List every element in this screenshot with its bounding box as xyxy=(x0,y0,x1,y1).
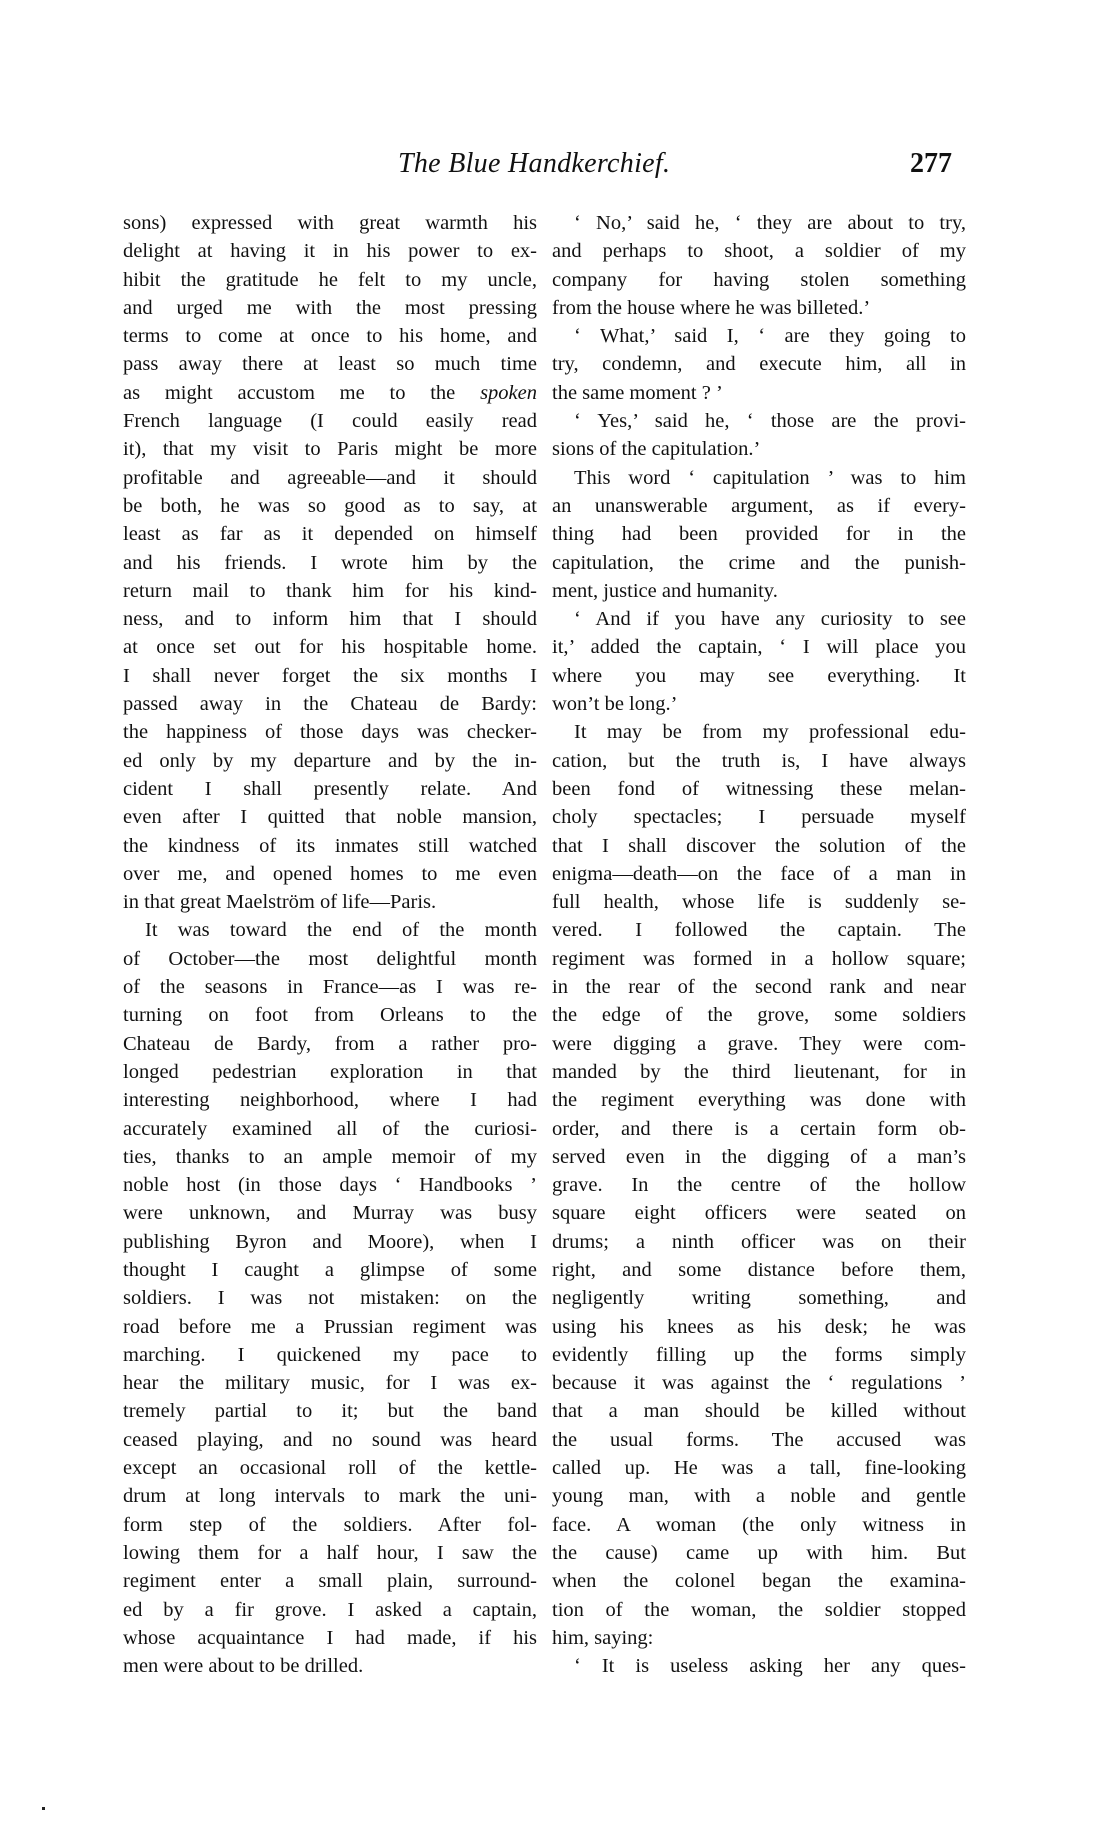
text-line: manded by the third lieutenant, for in xyxy=(552,1058,966,1086)
text-line: ment, justice and humanity. xyxy=(552,577,966,605)
text-line: profitable and agreeable—and it should xyxy=(123,464,537,492)
text-line: the same moment ? ’ xyxy=(552,379,966,407)
text-line: cident I shall presently relate. And xyxy=(123,775,537,803)
text-line: ‘ It is useless asking her any ques- xyxy=(552,1652,966,1680)
text-line: when the colonel began the examina- xyxy=(552,1567,966,1595)
text-line: marching. I quickened my pace to xyxy=(123,1341,537,1369)
running-title: The Blue Handkerchief. xyxy=(398,148,670,180)
text-line: lowing them for a half hour, I saw the xyxy=(123,1539,537,1567)
text-line: served even in the digging of a man’s xyxy=(552,1143,966,1171)
text-line: order, and there is a certain form ob- xyxy=(552,1115,966,1143)
text-line: were unknown, and Murray was busy xyxy=(123,1199,537,1227)
text-line: vered. I followed the captain. The xyxy=(552,916,966,944)
text-line: won’t be long.’ xyxy=(552,690,966,718)
text-line: sions of the capitulation.’ xyxy=(552,435,966,463)
text-line: using his knees as his desk; he was xyxy=(552,1313,966,1341)
text-line: pass away there at least so much time xyxy=(123,350,537,378)
text-line: of October—the most delightful month xyxy=(123,945,537,973)
text-line: in the rear of the second rank and near xyxy=(552,973,966,1001)
text-line: ‘ And if you have any curiosity to see xyxy=(552,605,966,633)
text-line: least as far as it depended on himself xyxy=(123,520,537,548)
text-line: young man, with a noble and gentle xyxy=(552,1482,966,1510)
text-line: tremely partial to it; but the band xyxy=(123,1397,537,1425)
text-line: evidently filling up the forms simply xyxy=(552,1341,966,1369)
text-line: noble host (in those days ‘ Handbooks ’ xyxy=(123,1171,537,1199)
text-line: cation, but the truth is, I have always xyxy=(552,747,966,775)
text-line: been fond of witnessing these melan- xyxy=(552,775,966,803)
text-line: as might accustom me to the spoken xyxy=(123,379,537,407)
text-line: longed pedestrian exploration in that xyxy=(123,1058,537,1086)
text-line: thought I caught a glimpse of some xyxy=(123,1256,537,1284)
text-line: drums; a ninth officer was on their xyxy=(552,1228,966,1256)
text-line: enigma—death—on the face of a man in xyxy=(552,860,966,888)
text-line: regiment enter a small plain, surround- xyxy=(123,1567,537,1595)
running-head: The Blue Handkerchief. 277 xyxy=(0,148,1120,182)
text-line: at once set out for his hospitable home. xyxy=(123,633,537,661)
text-line: passed away in the Chateau de Bardy: xyxy=(123,690,537,718)
text-line: thing had been provided for in the xyxy=(552,520,966,548)
text-line: right, and some distance before them, xyxy=(552,1256,966,1284)
text-line: hibit the gratitude he felt to my uncle, xyxy=(123,266,537,294)
text-line: choly spectacles; I persuade myself xyxy=(552,803,966,831)
text-line: delight at having it in his power to ex- xyxy=(123,237,537,265)
italic-word: spoken xyxy=(480,382,537,404)
text-line: ness, and to inform him that I should xyxy=(123,605,537,633)
text-line: capitulation, the crime and the punish- xyxy=(552,549,966,577)
text-line: road before me a Prussian regiment was xyxy=(123,1313,537,1341)
text-line: negligently writing something, and xyxy=(552,1284,966,1312)
text-line: except an occasional roll of the kettle- xyxy=(123,1454,537,1482)
text-line: form step of the soldiers. After fol- xyxy=(123,1511,537,1539)
text-line: the happiness of those days was checker- xyxy=(123,718,537,746)
text-line: over me, and opened homes to me even xyxy=(123,860,537,888)
text-line: it), that my visit to Paris might be mor… xyxy=(123,435,537,463)
text-line: the edge of the grove, some soldiers xyxy=(552,1001,966,1029)
text-line: it,’ added the captain, ‘ I will place y… xyxy=(552,633,966,661)
text-line: It may be from my professional edu- xyxy=(552,718,966,746)
text-line: ed by a fir grove. I asked a captain, xyxy=(123,1596,537,1624)
text-line: be both, he was so good as to say, at xyxy=(123,492,537,520)
text-line: even after I quitted that noble mansion, xyxy=(123,803,537,831)
text-line: soldiers. I was not mistaken: on the xyxy=(123,1284,537,1312)
text-line: an unanswerable argument, as if every- xyxy=(552,492,966,520)
text-line: ‘ Yes,’ said he, ‘ those are the provi- xyxy=(552,407,966,435)
text-line: that a man should be killed without xyxy=(552,1397,966,1425)
text-line: the regiment everything was done with xyxy=(552,1086,966,1114)
book-page: The Blue Handkerchief. 277 sons) express… xyxy=(0,0,1120,1825)
text-line: interesting neighborhood, where I had xyxy=(123,1086,537,1114)
text-line: that I shall discover the solution of th… xyxy=(552,832,966,860)
text-line: face. A woman (the only witness in xyxy=(552,1511,966,1539)
text-line: the cause) came up with him. But xyxy=(552,1539,966,1567)
text-line: French language (I could easily read xyxy=(123,407,537,435)
text-line: ‘ What,’ said I, ‘ are they going to xyxy=(552,322,966,350)
scan-speck xyxy=(42,1807,45,1810)
text-line: try, condemn, and execute him, all in xyxy=(552,350,966,378)
text-line: the usual forms. The accused was xyxy=(552,1426,966,1454)
text-line: It was toward the end of the month xyxy=(123,916,537,944)
text-line: ed only by my departure and by the in- xyxy=(123,747,537,775)
text-line: and urged me with the most pressing xyxy=(123,294,537,322)
text-line: regiment was formed in a hollow square; xyxy=(552,945,966,973)
text-line: hear the military music, for I was ex- xyxy=(123,1369,537,1397)
text-line: and perhaps to shoot, a soldier of my xyxy=(552,237,966,265)
text-line: were digging a grave. They were com- xyxy=(552,1030,966,1058)
text-line: called up. He was a tall, fine-looking xyxy=(552,1454,966,1482)
text-line: terms to come at once to his home, and xyxy=(123,322,537,350)
text-line: company for having stolen something xyxy=(552,266,966,294)
page-number: 277 xyxy=(910,148,952,180)
text-line: of the seasons in France—as I was re- xyxy=(123,973,537,1001)
text-line: accurately examined all of the curiosi- xyxy=(123,1115,537,1143)
text-line: where you may see everything. It xyxy=(552,662,966,690)
text-line: in that great Maelström of life—Paris. xyxy=(123,888,537,916)
text-line: and his friends. I wrote him by the xyxy=(123,549,537,577)
text-line: turning on foot from Orleans to the xyxy=(123,1001,537,1029)
text-line: ties, thanks to an ample memoir of my xyxy=(123,1143,537,1171)
text-line: sons) expressed with great warmth his xyxy=(123,209,537,237)
text-line: whose acquaintance I had made, if his xyxy=(123,1624,537,1652)
text-line: grave. In the centre of the hollow xyxy=(552,1171,966,1199)
left-text-column: sons) expressed with great warmth hisdel… xyxy=(123,209,537,1680)
text-line: because it was against the ‘ regulations… xyxy=(552,1369,966,1397)
text-line: Chateau de Bardy, from a rather pro- xyxy=(123,1030,537,1058)
right-text-column: ‘ No,’ said he, ‘ they are about to try,… xyxy=(552,209,966,1680)
text-line: I shall never forget the six months I xyxy=(123,662,537,690)
text-line: This word ‘ capitulation ’ was to him xyxy=(552,464,966,492)
text-line: return mail to thank him for his kind- xyxy=(123,577,537,605)
text-line: full health, whose life is suddenly se- xyxy=(552,888,966,916)
text-line: ceased playing, and no sound was heard xyxy=(123,1426,537,1454)
text-line: drum at long intervals to mark the uni- xyxy=(123,1482,537,1510)
text-line: from the house where he was billeted.’ xyxy=(552,294,966,322)
text-line: publishing Byron and Moore), when I xyxy=(123,1228,537,1256)
text-line: him, saying: xyxy=(552,1624,966,1652)
text-line: tion of the woman, the soldier stopped xyxy=(552,1596,966,1624)
text-line: the kindness of its inmates still watche… xyxy=(123,832,537,860)
text-line: men were about to be drilled. xyxy=(123,1652,537,1680)
text-line: square eight officers were seated on xyxy=(552,1199,966,1227)
text-line: ‘ No,’ said he, ‘ they are about to try, xyxy=(552,209,966,237)
